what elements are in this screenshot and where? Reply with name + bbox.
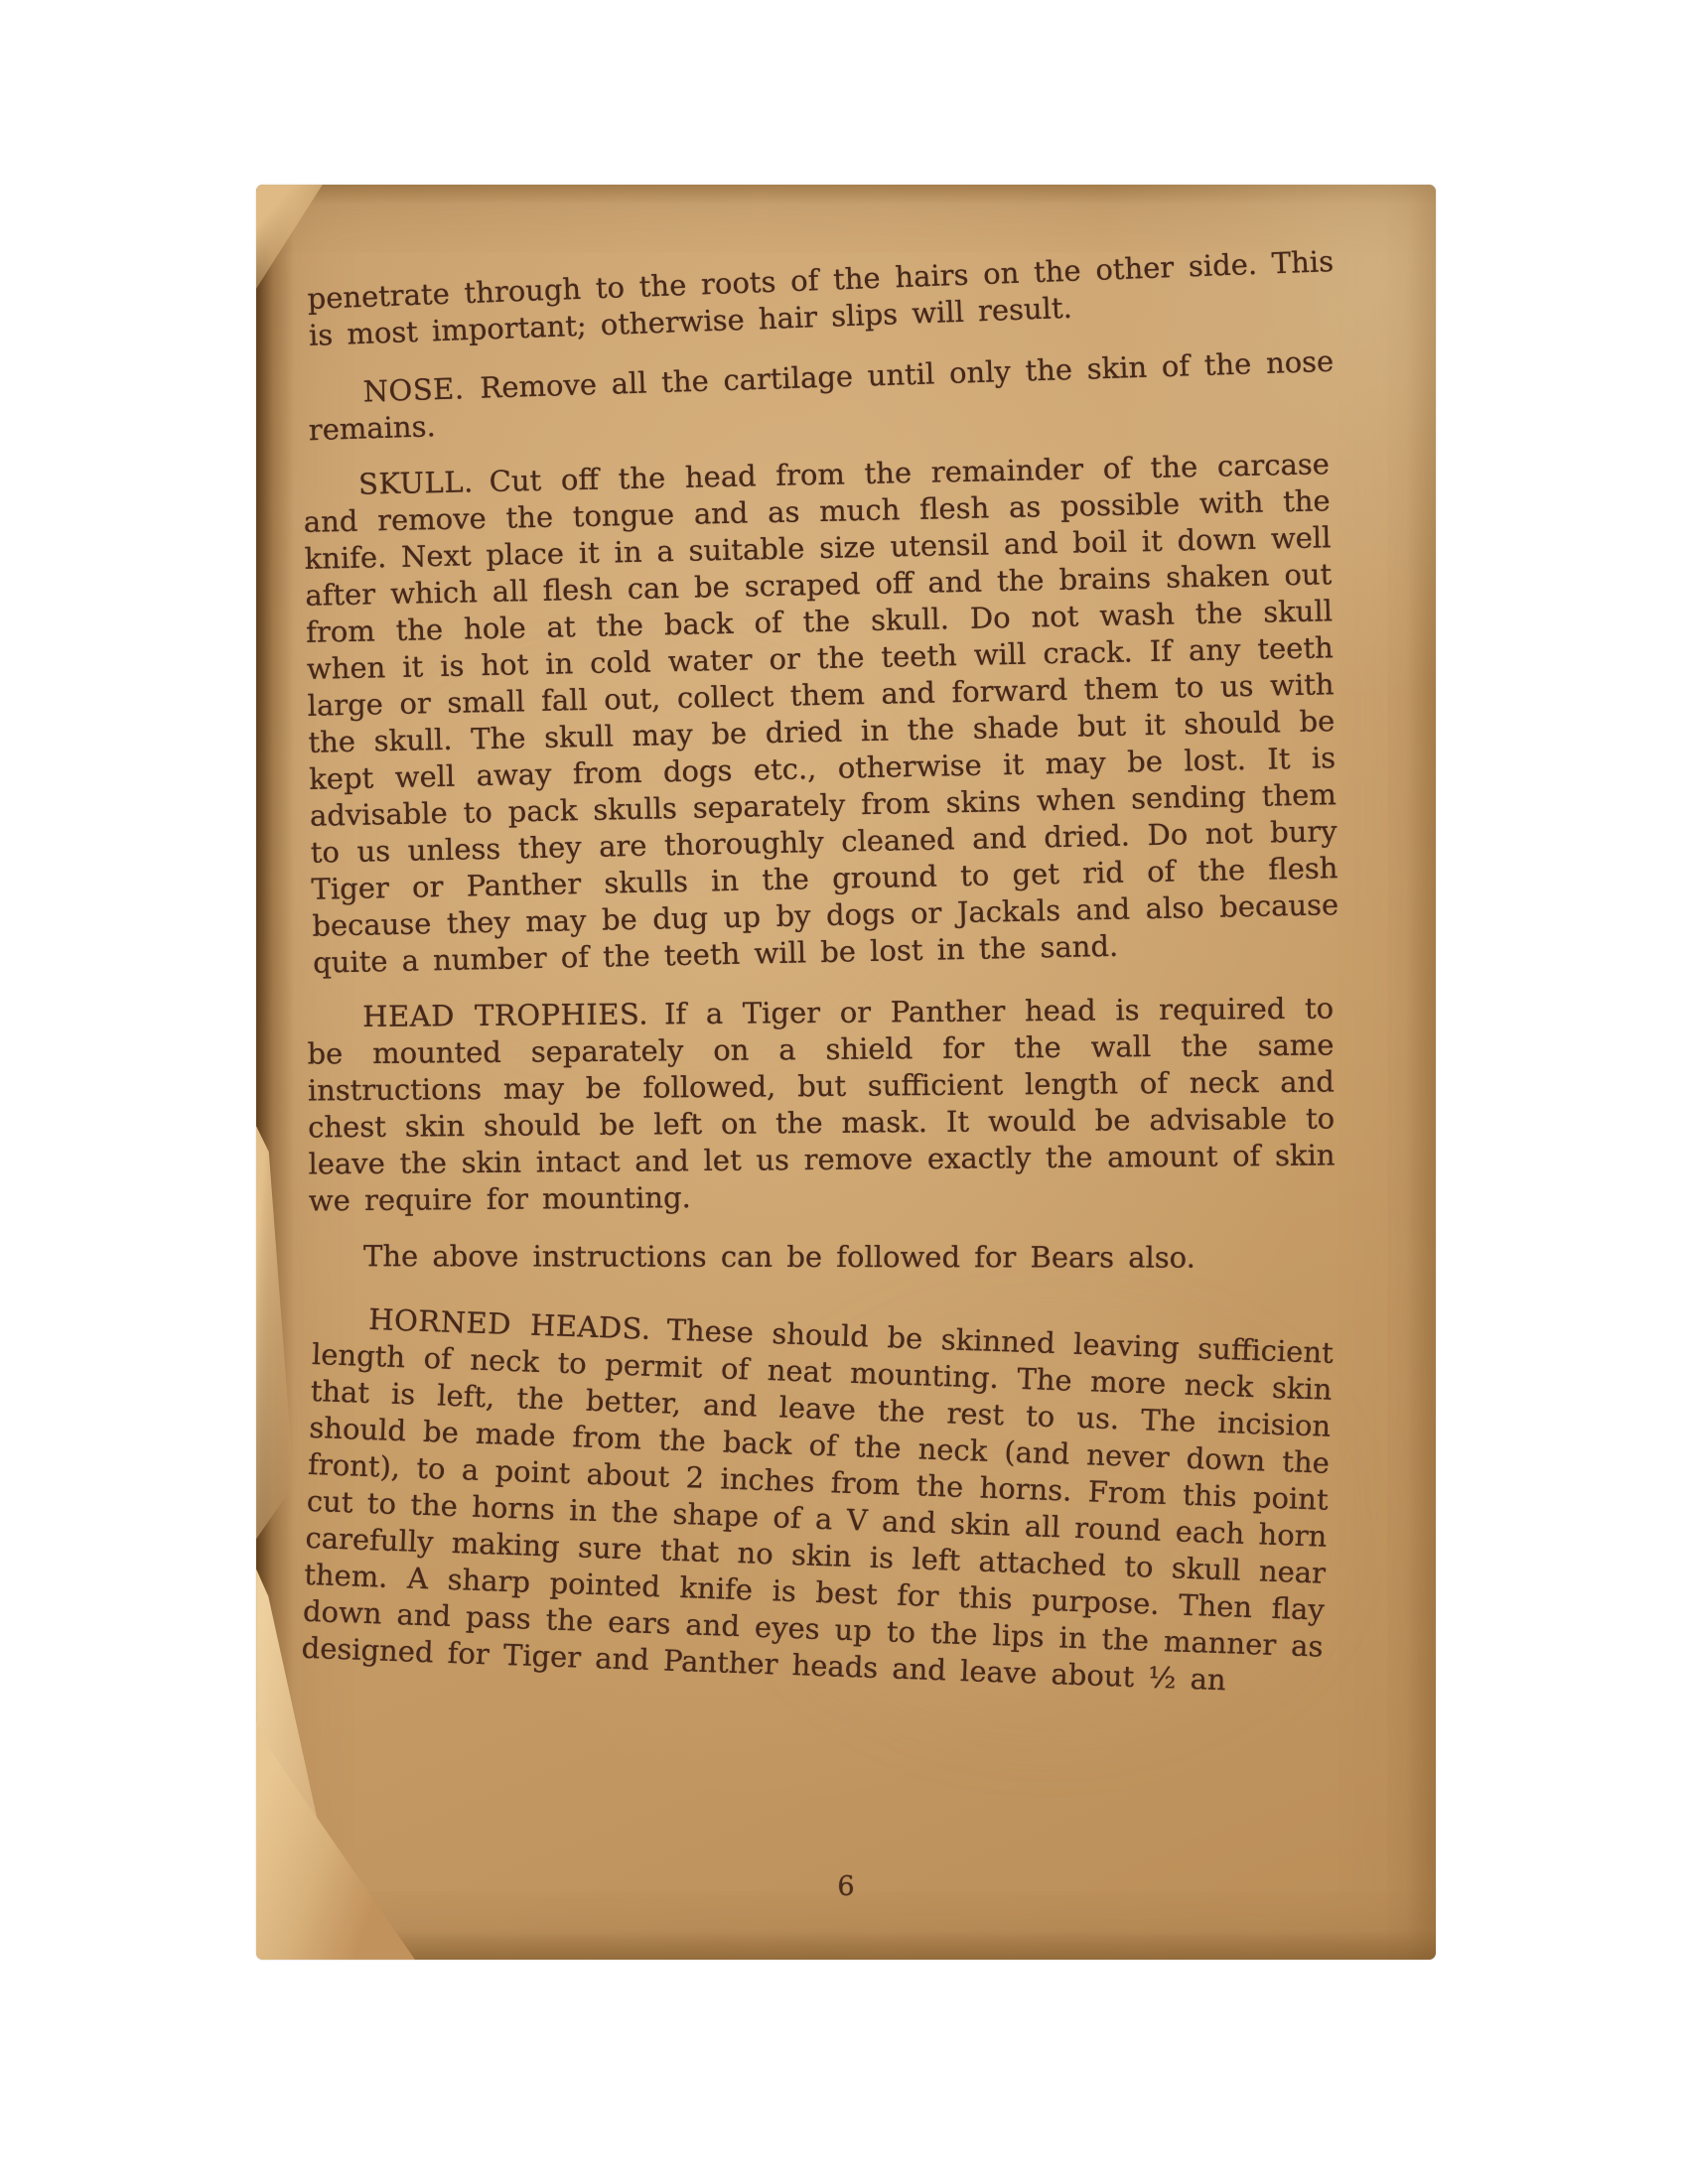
paragraph-text: The above instructions can be followed f… <box>363 1239 1196 1274</box>
page-edge-shadow-bottom <box>256 1930 1436 1960</box>
paragraph-heading: SKULL. <box>358 465 490 501</box>
photo-background: penetrate through to the roots of the ha… <box>0 0 1688 2184</box>
paragraph-heading: NOSE. <box>362 371 481 409</box>
paragraph: The above instructions can be followed f… <box>308 1238 1335 1277</box>
paragraph: penetrate through to the roots of the ha… <box>307 243 1336 354</box>
paragraph: HORNED HEADS.These should be skinned lea… <box>301 1299 1334 1703</box>
paragraph-text: Cut off the head from the remainder of t… <box>303 447 1338 980</box>
paragraph: HEAD TROPHIES.If a Tiger or Panther head… <box>307 990 1336 1219</box>
page-edge-shadow-top <box>256 185 1436 205</box>
paragraph-text: These should be skinned leaving sufficie… <box>301 1312 1334 1697</box>
paragraph: SKULL.Cut off the head from the remainde… <box>303 446 1340 982</box>
page-number: 6 <box>256 1871 1436 1902</box>
paragraph-heading: HEAD TROPHIES. <box>362 997 664 1033</box>
paragraph-text: penetrate through to the roots of the ha… <box>307 244 1335 352</box>
text-block: penetrate through to the roots of the ha… <box>308 262 1335 1691</box>
book-page: penetrate through to the roots of the ha… <box>256 185 1436 1960</box>
page-edge-shadow-right <box>1406 185 1436 1960</box>
paragraph: NOSE.Remove all the cartilage until only… <box>307 343 1336 449</box>
